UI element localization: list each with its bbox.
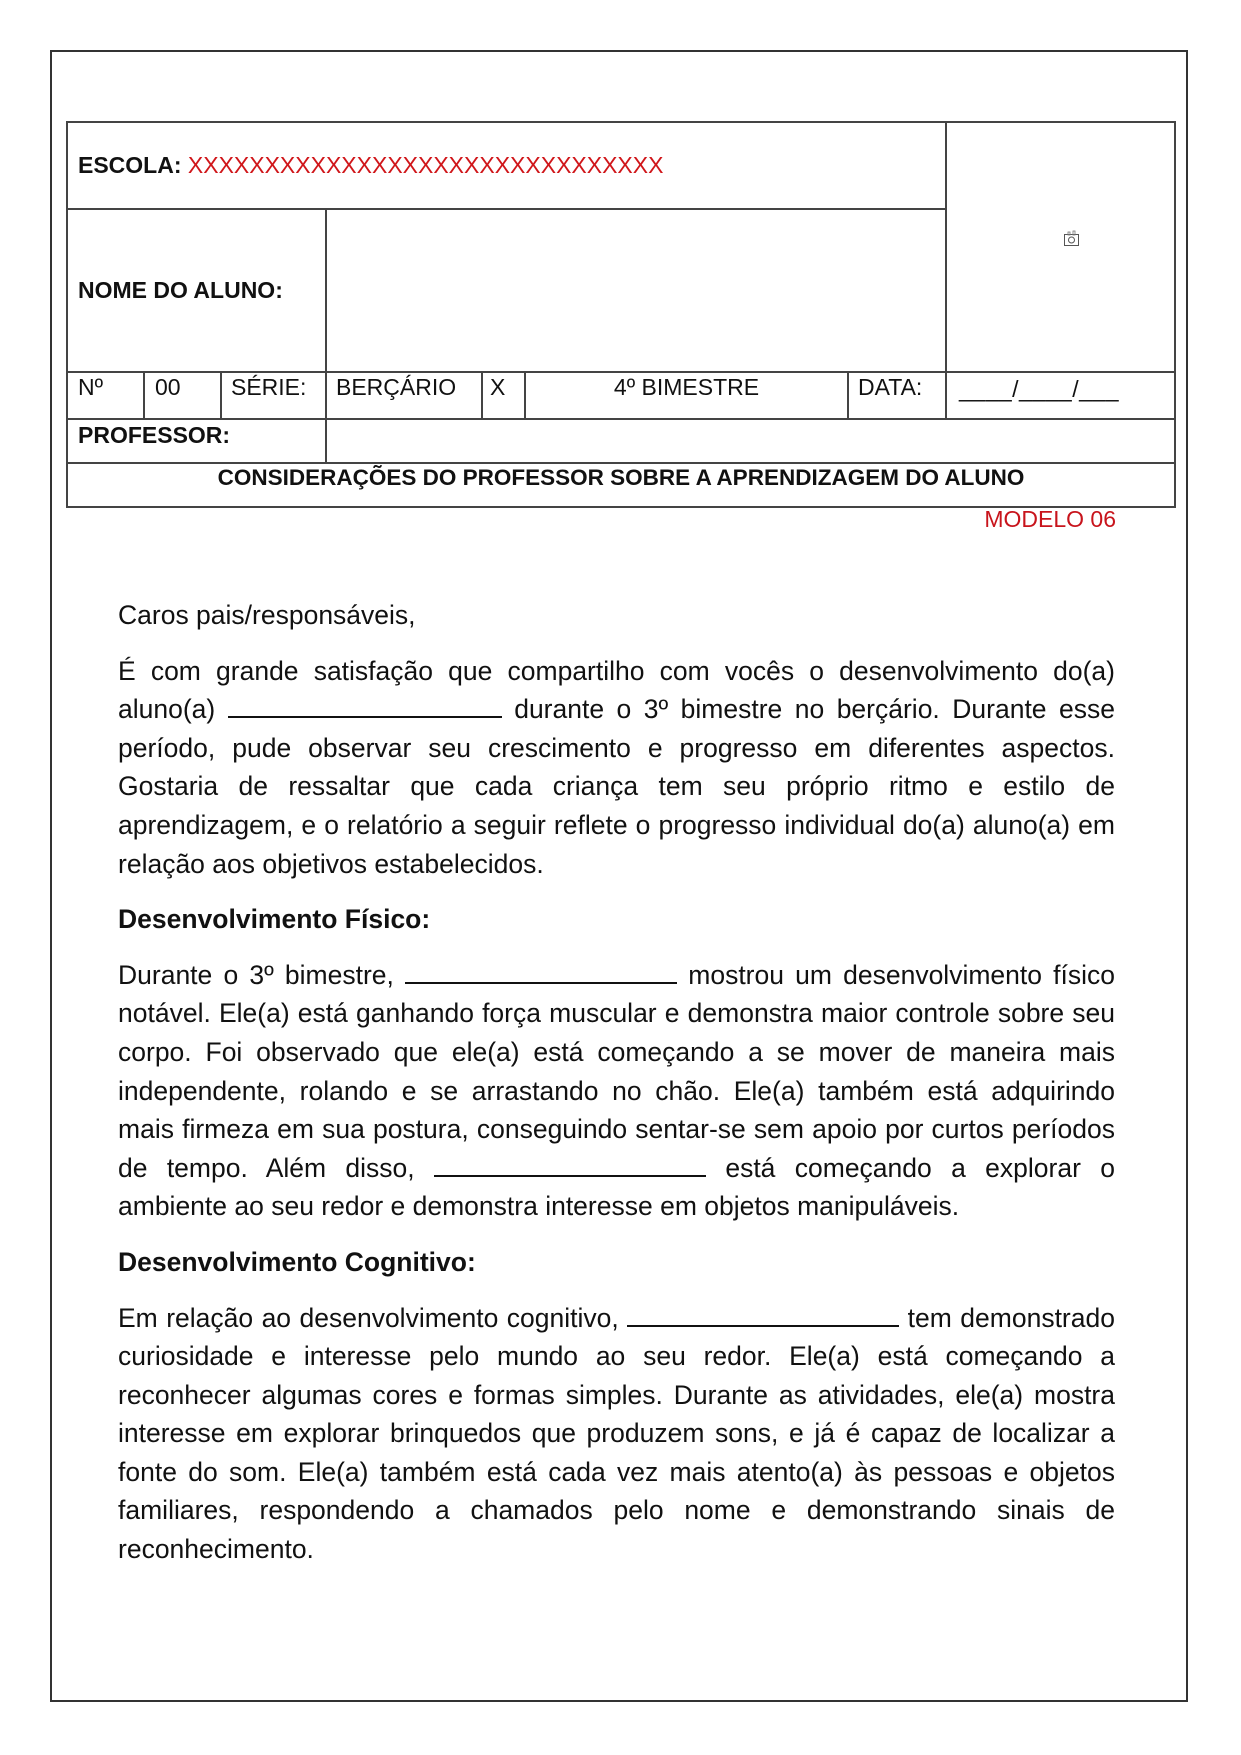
cognitive-paragraph: Em relação ao desenvolvimento cognitivo,… bbox=[118, 1299, 1115, 1569]
student-name-blank[interactable] bbox=[434, 1153, 706, 1177]
intro-paragraph: É com grande satisfação que compartilho … bbox=[118, 652, 1115, 884]
table-line bbox=[847, 372, 849, 419]
student-name-blank[interactable] bbox=[405, 960, 677, 984]
number-label: Nº bbox=[78, 372, 103, 402]
physical-heading: Desenvolvimento Físico: bbox=[118, 900, 1115, 939]
student-name-blank[interactable] bbox=[627, 1303, 899, 1327]
term-value: 4º BIMESTRE bbox=[526, 372, 847, 402]
date-label: DATA: bbox=[858, 372, 922, 402]
student-name-label: NOME DO ALUNO: bbox=[78, 209, 283, 371]
teacher-label: PROFESSOR: bbox=[78, 419, 230, 451]
date-field[interactable]: ____/____/___ bbox=[959, 374, 1119, 404]
number-value[interactable]: 00 bbox=[155, 372, 181, 402]
cognitive-text-b: tem demonstrado curiosidade e interesse … bbox=[118, 1303, 1115, 1565]
table-line bbox=[481, 372, 483, 419]
section-title: CONSIDERAÇÕES DO PROFESSOR SOBRE A APREN… bbox=[66, 463, 1176, 493]
intro-text-b: durante o 3º bimestre no berçário. Duran… bbox=[118, 694, 1115, 878]
cognitive-text-a: Em relação ao desenvolvimento cognitivo, bbox=[118, 1303, 619, 1333]
physical-text-a: Durante o 3º bimestre, bbox=[118, 960, 394, 990]
physical-text-b: mostrou um desenvolvimento físico notáve… bbox=[118, 960, 1115, 1183]
grade-mark[interactable]: X bbox=[490, 372, 505, 402]
header-table: ESCOLA: XXXXXXXXXXXXXXXXXXXXXXXXXXXXXXX … bbox=[66, 121, 1176, 508]
report-body: Caros pais/responsáveis, É com grande sa… bbox=[118, 596, 1115, 1586]
photo-placeholder-icon bbox=[1063, 230, 1080, 247]
school-field: ESCOLA: XXXXXXXXXXXXXXXXXXXXXXXXXXXXXXX bbox=[78, 121, 663, 209]
cognitive-heading: Desenvolvimento Cognitivo: bbox=[118, 1243, 1115, 1282]
school-label: ESCOLA: bbox=[78, 152, 182, 179]
grade-value[interactable]: BERÇÁRIO bbox=[336, 372, 456, 402]
school-value[interactable]: XXXXXXXXXXXXXXXXXXXXXXXXXXXXXXX bbox=[188, 152, 664, 179]
photo-box[interactable] bbox=[947, 123, 1174, 371]
physical-paragraph: Durante o 3º bimestre, mostrou um desenv… bbox=[118, 956, 1115, 1226]
table-line bbox=[1174, 121, 1176, 508]
student-name-blank[interactable] bbox=[228, 694, 502, 718]
grade-label: SÉRIE: bbox=[231, 372, 306, 402]
model-label: MODELO 06 bbox=[984, 506, 1116, 533]
teacher-field[interactable] bbox=[327, 419, 1174, 462]
table-line bbox=[220, 372, 222, 419]
table-line bbox=[66, 121, 68, 508]
student-name-field[interactable] bbox=[327, 209, 945, 371]
greeting: Caros pais/responsáveis, bbox=[118, 596, 1115, 635]
table-line bbox=[143, 372, 145, 419]
